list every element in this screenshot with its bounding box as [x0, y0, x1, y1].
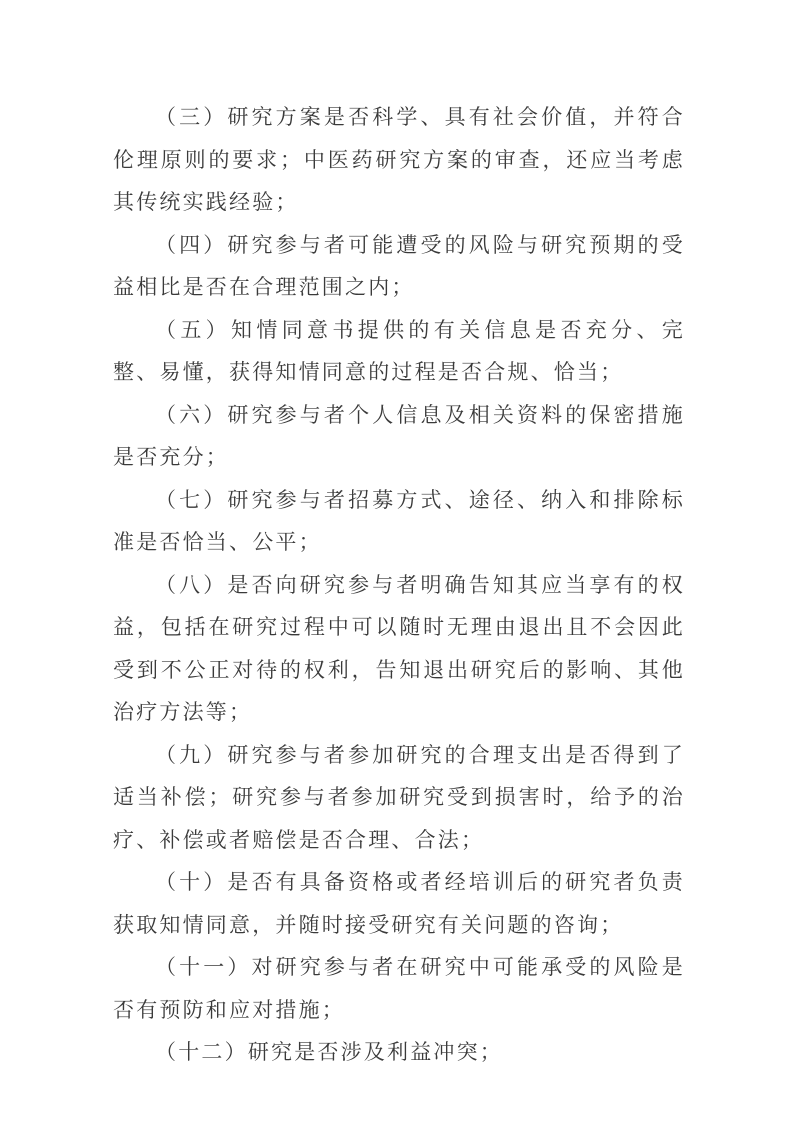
- clause-marker: （十二）: [155, 1040, 248, 1064]
- clause-7: （七）研究参与者招募方式、途径、纳入和排除标准是否恰当、公平；: [113, 479, 685, 564]
- clause-4: （四）研究参与者可能遭受的风险与研究预期的受益相比是否在合理范围之内；: [113, 224, 685, 309]
- clause-marker: （七）: [155, 488, 227, 512]
- clause-3: （三）研究方案是否科学、具有社会价值，并符合伦理原则的要求；中医药研究方案的审查…: [113, 96, 685, 224]
- document-page: （三）研究方案是否科学、具有社会价值，并符合伦理原则的要求；中医药研究方案的审查…: [113, 96, 685, 1074]
- clause-marker: （十）: [155, 870, 227, 894]
- clause-5: （五）知情同意书提供的有关信息是否充分、完整、易懂，获得知情同意的过程是否合规、…: [113, 309, 685, 394]
- clause-9: （九）研究参与者参加研究的合理支出是否得到了适当补偿；研究参与者参加研究受到损害…: [113, 734, 685, 862]
- clause-marker: （六）: [155, 403, 227, 427]
- clause-text: 研究是否涉及利益冲突；: [248, 1040, 503, 1064]
- clause-10: （十）是否有具备资格或者经培训后的研究者负责获取知情同意，并随时接受研究有关问题…: [113, 861, 685, 946]
- clause-marker: （四）: [155, 233, 227, 257]
- clause-marker: （九）: [155, 743, 227, 767]
- clause-marker: （五）: [155, 318, 231, 342]
- clause-6: （六）研究参与者个人信息及相关资料的保密措施是否充分；: [113, 394, 685, 479]
- clause-12: （十二）研究是否涉及利益冲突；: [113, 1031, 685, 1074]
- clause-marker: （十一）: [155, 955, 252, 979]
- clause-marker: （八）: [155, 573, 227, 597]
- clause-marker: （三）: [155, 105, 227, 129]
- clause-11: （十一）对研究参与者在研究中可能承受的风险是否有预防和应对措施；: [113, 946, 685, 1031]
- clause-8: （八）是否向研究参与者明确告知其应当享有的权益，包括在研究过程中可以随时无理由退…: [113, 564, 685, 734]
